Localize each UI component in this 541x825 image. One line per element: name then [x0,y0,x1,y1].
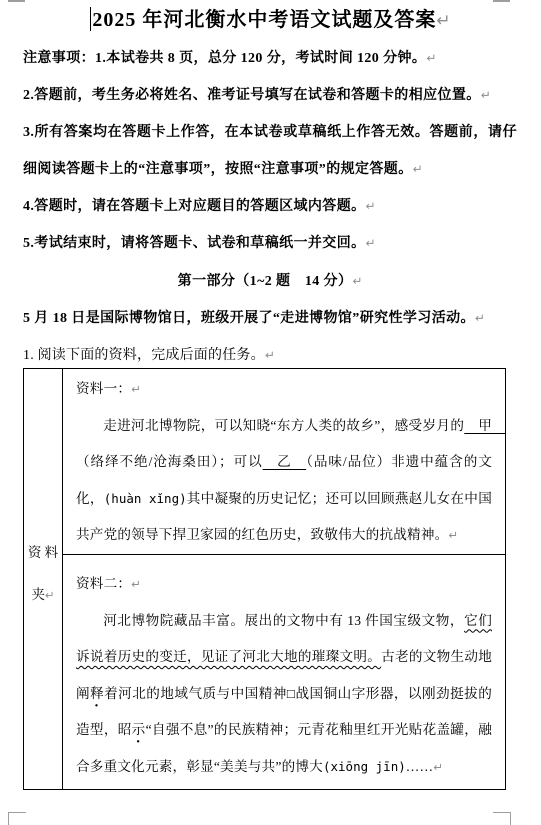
paragraph-mark: ↵ [413,162,423,176]
notice-item-3: 3.所有答案均在答题卡上作答，在本试卷或草稿纸上作答无效。答题前，请仔细阅读答题… [23,115,517,189]
notice-item-1: 注意事项：1.本试卷共 8 页，总分 120 分，考试时间 120 分钟。↵ [23,40,517,77]
notice-text: 5.考试结束时，请将答题卡、试卷和草稿纸一并交回。 [23,236,366,251]
question-1-text: 1. 阅读下面的资料，完成后面的任务。 [23,348,265,363]
material-2-text: 河北博物院藏品丰富。展出的文物中有 13 件国宝级文物， [103,613,464,628]
material-2-paragraph: 河北博物院藏品丰富。展出的文物中有 13 件国宝级文物，它们诉说着历史的变迁，见… [76,603,492,786]
table-content-column: 资料一：↵ 走进河北博物院，可以知晓“东方人类的故乡”，感受岁月的 甲 （络绎不… [63,369,505,789]
paragraph-mark: ↵ [433,760,443,774]
activity-intro: 5 月 18 日是国际博物馆日，班级开展了“走进博物馆”研究性学习活动。↵ [23,300,517,337]
pinyin-xiongjin: (xiōng jīn) [323,759,406,774]
paragraph-mark: ↵ [265,348,275,362]
paragraph-mark: ↵ [436,11,450,31]
material-2-cell: 资料二：↵ 河北博物院藏品丰富。展出的文物中有 13 件国宝级文物，它们诉说着历… [63,555,505,789]
emphasis-dot-char: 阐 [76,686,90,701]
pinyin-huanxing: (huàn xǐng) [104,491,187,506]
paragraph-mark: ↵ [131,577,141,591]
material-2-heading: 资料二：↵ [76,566,492,603]
page-title: 2025 年河北衡水中考语文试题及答案↵ [0,3,541,32]
notice-item-5: 5.考试结束时，请将答题卡、试卷和草稿纸一并交回。↵ [23,225,517,262]
material-1-heading: 资料一：↵ [76,371,492,408]
material-2-text: 古老的文物生动地 [381,649,492,664]
notice-text: 4.答题时，请在答题卡上对应题目的答题区域内答题。 [23,199,366,214]
materials-table: 资 料 夹↵ 资料一：↵ 走进河北博物院，可以知晓“东方人类的故乡”，感受岁月的… [23,368,506,790]
crop-mark-bottom-left [8,812,26,825]
table-side-label: 资 料 夹↵ [24,369,63,789]
section-heading: 第一部分（1~2 题 14 分）↵ [23,263,517,300]
notice-text: 2.答题前，考生务必将姓名、准考证号填写在试卷和答题卡的相应位置。 [23,88,481,103]
material-1-paragraph: 走进河北博物院，可以知晓“东方人类的故乡”，感受岁月的 甲 （络绎不绝/沧海桑田… [76,408,492,554]
material-1-cell: 资料一：↵ 走进河北博物院，可以知晓“东方人类的故乡”，感受岁月的 甲 （络绎不… [63,369,505,555]
blank-yi-underline: 乙 [263,454,307,469]
activity-intro-text: 5 月 18 日是国际博物馆日，班级开展了“走进博物馆”研究性学习活动。 [23,311,475,326]
document-page: 2025 年河北衡水中考语文试题及答案↵ 注意事项：1.本试卷共 8 页，总分 … [0,0,541,825]
page-title-text: 2025 年河北衡水中考语文试题及答案 [92,9,436,31]
paragraph-mark: ↵ [426,51,436,65]
side-label-line-2: 夹↵ [31,574,54,616]
paragraph-mark: ↵ [448,528,458,542]
notice-item-4: 4.答题时，请在答题卡上对应题目的答题区域内答题。↵ [23,188,517,225]
paragraph-mark: ↵ [481,88,491,102]
paragraph-mark: ↵ [352,274,362,288]
paragraph-mark: ↵ [131,382,141,396]
paragraph-mark: ↵ [45,588,55,602]
side-label-line-1: 资 料 [28,532,58,574]
material-1-text: （络绎不绝/沧海桑田）；可以 [76,454,263,469]
material-1-text: 走进河北博物院，可以知晓“东方人类的故乡”，感受岁月的 [103,418,464,433]
paragraph-mark: ↵ [366,199,376,213]
paragraph-mark: ↵ [366,236,376,250]
crop-mark-bottom-right [493,812,511,825]
notice-item-2: 2.答题前，考生务必将姓名、准考证号填写在试卷和答题卡的相应位置。↵ [23,77,517,114]
emphasis-dot-char: 昭 [118,722,132,737]
exam-instructions: 注意事项：1.本试卷共 8 页，总分 120 分，考试时间 120 分钟。↵ 2… [23,40,517,375]
blank-jia-underline: 甲 [464,418,505,433]
notice-text: 注意事项：1.本试卷共 8 页，总分 120 分，考试时间 120 分钟。 [23,51,426,66]
material-2-text: …… [406,759,434,774]
paragraph-mark: ↵ [475,311,485,325]
section-heading-text: 第一部分（1~2 题 14 分） [178,274,353,289]
notice-text: 3.所有答案均在答题卡上作答，在本试卷或草稿纸上作答无效。答题前，请仔细阅读答题… [23,125,517,177]
